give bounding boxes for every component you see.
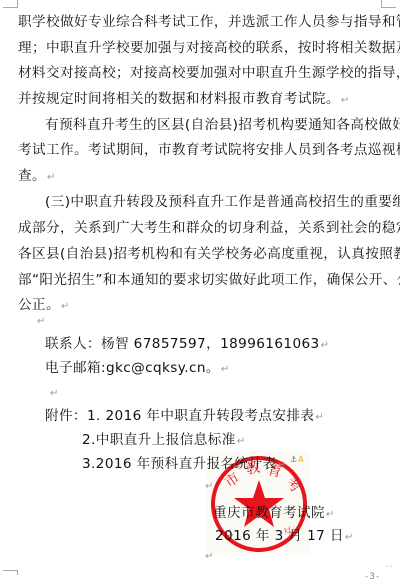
margin-corner-mark	[381, 0, 396, 8]
paragraph-mark-icon: ↵	[345, 532, 354, 543]
text-wrap-icon: A	[298, 455, 303, 464]
attachment-item-2: 2.中职直升上报信息标准↵	[82, 431, 246, 451]
body-text-line-end: 公正。↵	[18, 296, 70, 316]
signature-date: 2016 年 3 月 17 日	[215, 528, 344, 544]
body-text-line: 理；中职直升学校要加强与对接高校的联系，按时将相关数据及	[18, 39, 400, 57]
paragraph-mark-icon: ↵	[237, 436, 246, 447]
signature-org-line: 重庆市教育考试院↵	[213, 504, 335, 524]
document-page: 职学校做好专业综合科考试工作，并选派工作人员参与指导和管 理；中职直升学校要加强…	[0, 0, 400, 586]
object-anchor-icons: ⚓A	[290, 456, 304, 464]
attachment-item-1: 附件：1. 2016 年中职直升转段考点安排表↵	[45, 407, 324, 427]
paragraph-mark-icon: ↵	[205, 551, 213, 563]
body-text: 查。	[18, 168, 46, 184]
paragraph-mark-icon: ↵	[321, 340, 330, 351]
contact-line: 联系人：杨智 67857597，18996161063↵	[45, 335, 329, 355]
body-text-line: 成部分，关系到广大考生和群众的切身利益，关系到社会的稳定，	[18, 219, 400, 237]
paragraph-mark-icon: ↵	[341, 95, 350, 106]
body-text-line-end: 查。↵	[18, 167, 56, 187]
body-text: 公正。	[18, 297, 60, 313]
body-text-line: 部“阳光招生”和本通知的要求切实做好此项工作，确保公开、公平、	[18, 271, 400, 289]
margin-corner-mark	[3, 570, 18, 575]
footer-mark: ···	[385, 562, 393, 571]
anchor-icon: ⚓	[290, 455, 297, 464]
attachment-item-3: 3.2016 年预科直升报名统计表↵	[82, 455, 286, 475]
contact-email: 电子邮箱:gkc@cqksy.cn。	[45, 360, 220, 376]
attachment-label: 3.2016 年预科直升报名统计表	[82, 456, 277, 472]
paragraph-mark-icon: ↵	[61, 301, 70, 312]
paragraph-mark-icon: ↵	[47, 172, 56, 183]
email-line: 电子邮箱:gkc@cqksy.cn。↵	[45, 359, 230, 379]
body-text-line: 各区县(自治县)招考机构和有关学校务必高度重视，认真按照教育	[18, 245, 400, 263]
paragraph-mark-icon: ↵	[50, 388, 58, 400]
paragraph-mark-icon: ↵	[205, 481, 213, 493]
attachment-label: 附件：1. 2016 年中职直升转段考点安排表	[45, 408, 314, 424]
body-text-line: 有预科直升考生的区县(自治县)招考机构要通知各高校做好	[45, 116, 400, 134]
paragraph-mark-icon: ↵	[37, 316, 45, 328]
body-text-line: 材料交对接高校；对接高校要加强对中职直升生源学校的指导，	[18, 64, 400, 82]
body-text-line: (三)中职直升转段及预科直升工作是普通高校招生的重要组	[45, 193, 400, 211]
paragraph-mark-icon: ↵	[278, 460, 287, 471]
paragraph-mark-icon: ↵	[326, 509, 335, 520]
body-text-line: 考试工作。考试期间，市教育考试院将安排人员到各考点巡视检	[18, 141, 400, 159]
contact-person: 联系人：杨智 67857597，18996161063	[45, 336, 320, 352]
signature-org: 重庆市教育考试院	[213, 505, 325, 521]
svg-text:考: 考	[282, 474, 304, 496]
signature-date-line: 2016 年 3 月 17 日↵	[215, 527, 354, 547]
attachment-label: 2.中职直升上报信息标准	[82, 432, 236, 448]
margin-corner-mark	[3, 0, 18, 8]
paragraph-mark-icon: ↵	[221, 364, 230, 375]
body-text-line-end: 并按规定时间将相关的数据和材料报市教育考试院。↵	[18, 90, 350, 110]
page-number: -3-	[365, 572, 380, 582]
body-text-line: 职学校做好专业综合科考试工作，并选派工作人员参与指导和管	[18, 13, 400, 31]
paragraph-mark-icon: ↵	[315, 412, 324, 423]
body-text: 并按规定时间将相关的数据和材料报市教育考试院。	[18, 91, 340, 107]
